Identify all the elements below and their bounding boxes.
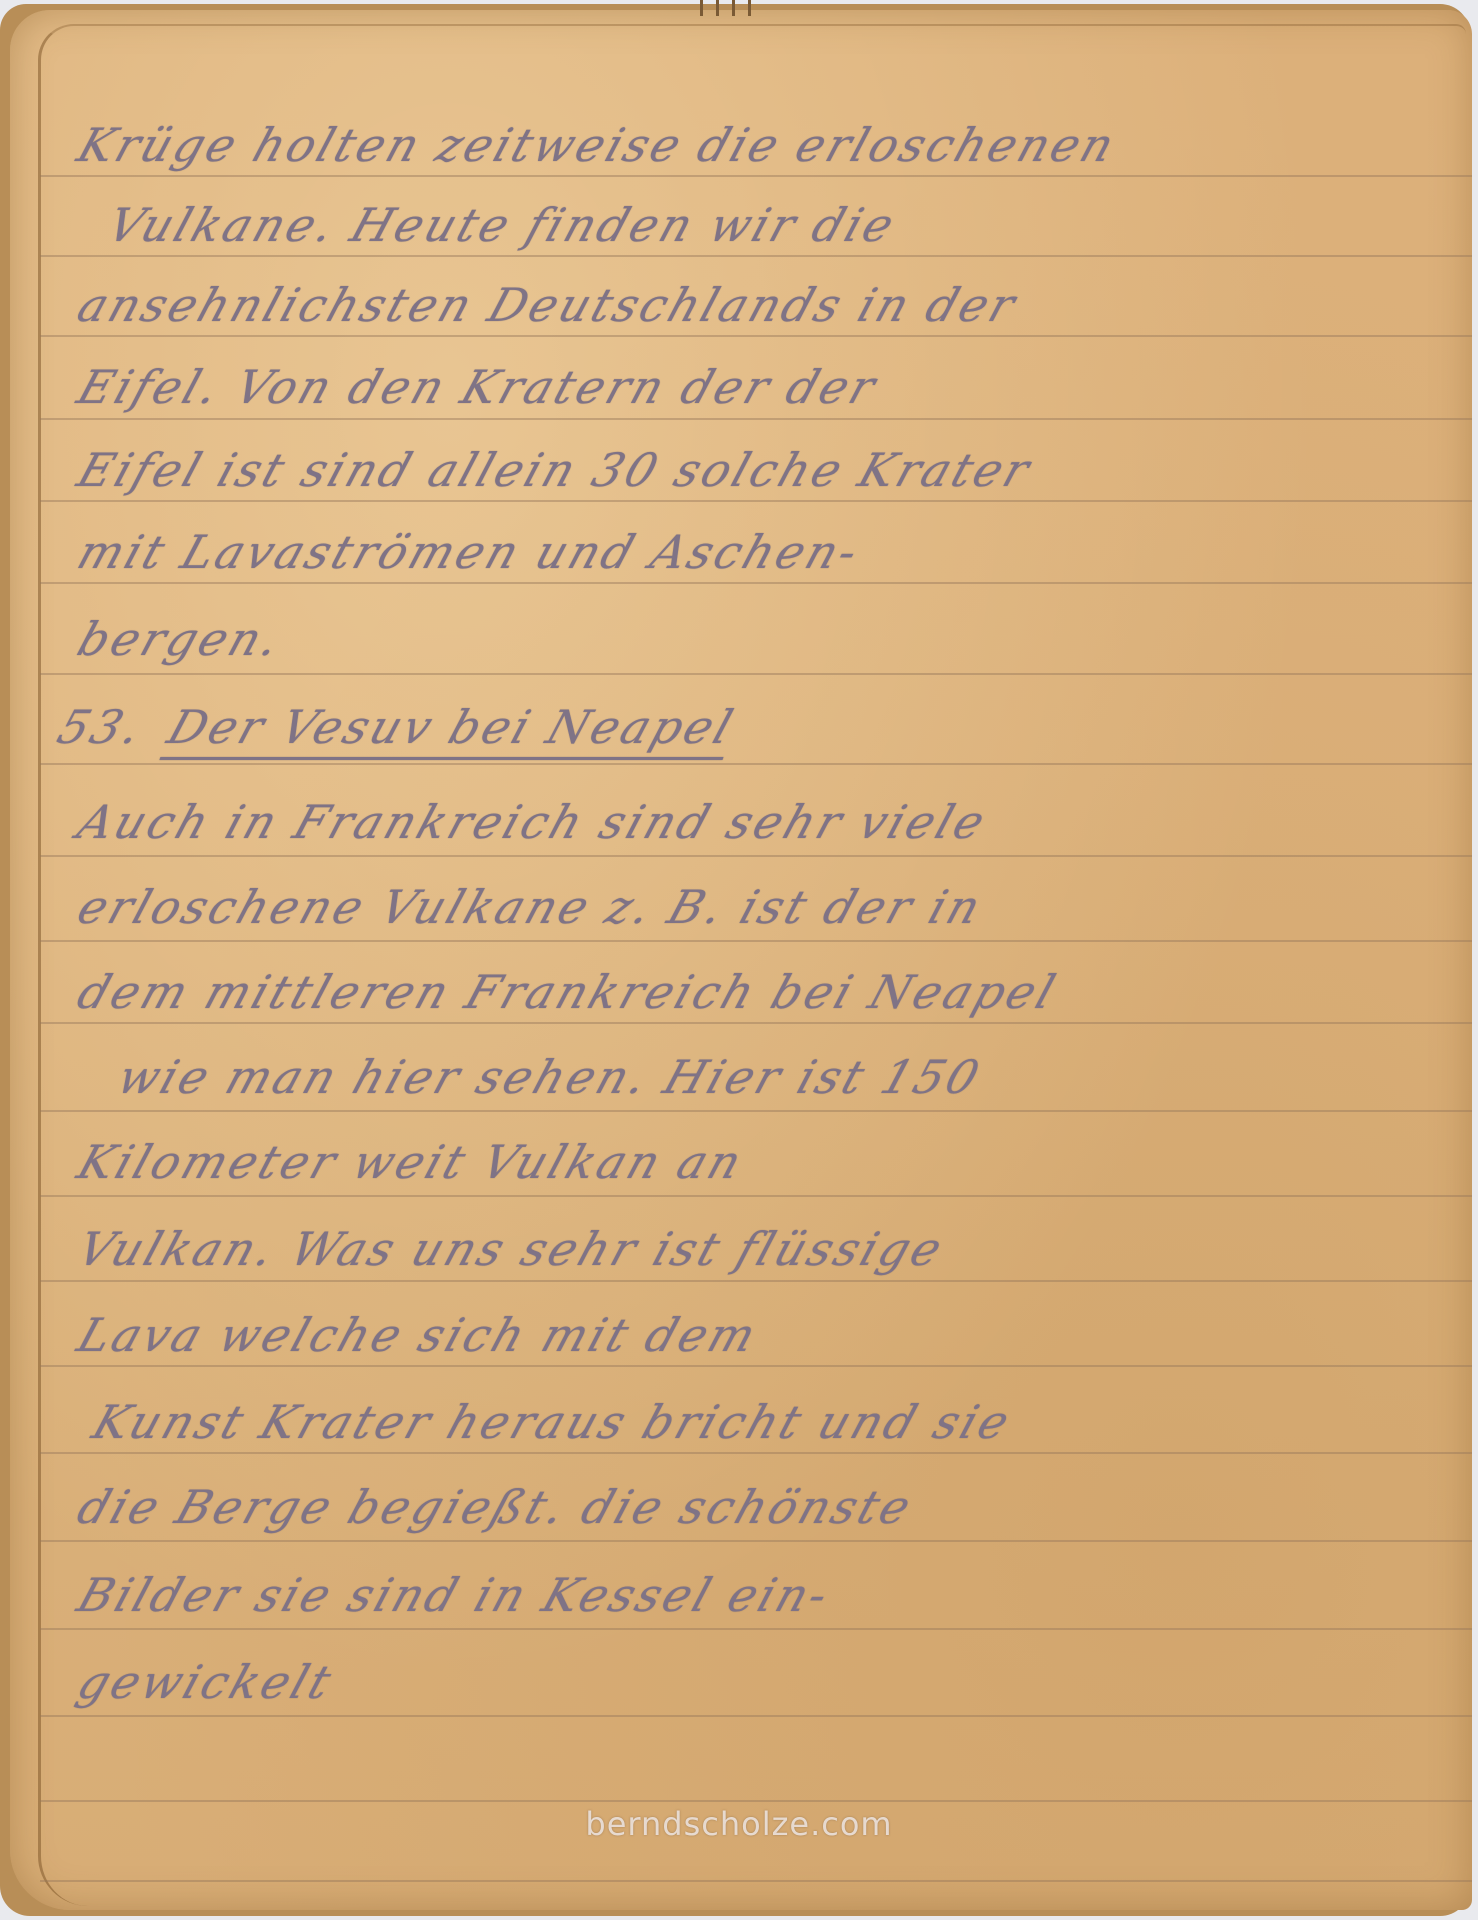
handwriting-line: die Berge begießt. die schönste	[71, 1480, 1447, 1534]
handwriting-line: mit Lavaströmen und Aschen-	[71, 525, 1447, 579]
ruled-line	[40, 1452, 1472, 1454]
ruled-line	[40, 673, 1472, 675]
section-title: Der Vesuv bei Neapel	[161, 700, 742, 754]
ruled-line	[40, 1280, 1472, 1282]
handwriting-line: Eifel. Von den Kratern der der	[71, 360, 1447, 414]
ruled-line	[40, 1628, 1472, 1630]
handwriting-line: Kunst Krater heraus bricht und sie	[86, 1395, 1447, 1449]
handwriting-line: Vulkane. Heute finden wir die	[101, 198, 1447, 252]
handwriting-line: Lava welche sich mit dem	[71, 1308, 1447, 1362]
ruled-line	[40, 763, 1472, 765]
ruled-line	[40, 1365, 1472, 1367]
ruled-line	[40, 500, 1472, 502]
ruled-line	[40, 175, 1472, 177]
ruled-line	[40, 1540, 1472, 1542]
ruled-line	[40, 418, 1472, 420]
handwriting-line: wie man hier sehen. Hier ist 150	[111, 1050, 1447, 1104]
handwriting-line: gewickelt	[71, 1655, 1447, 1709]
ruled-line	[40, 1800, 1472, 1802]
ruled-line	[40, 1715, 1472, 1717]
binding-stitch	[732, 0, 735, 16]
ruled-line	[40, 1110, 1472, 1112]
handwriting-line: Auch in Frankreich sind sehr viele	[71, 795, 1447, 849]
ruled-line	[40, 1195, 1472, 1197]
handwriting-line: erloschene Vulkane z. B. ist der in	[71, 880, 1447, 934]
binding-stitch	[716, 0, 719, 16]
handwriting-line: Krüge holten zeitweise die erloschenen	[71, 118, 1447, 172]
ruled-line	[40, 335, 1472, 337]
handwriting-line: ansehnlichsten Deutschlands in der	[71, 278, 1447, 332]
handwriting-line: Vulkan. Was uns sehr ist flüssige	[71, 1222, 1447, 1276]
ruled-line	[40, 255, 1472, 257]
section-number: 53.	[51, 700, 151, 754]
ruled-line	[40, 940, 1472, 942]
ruled-line	[40, 1022, 1472, 1024]
section-heading: 53.Der Vesuv bei Neapel	[51, 700, 1447, 754]
ruled-line	[40, 582, 1472, 584]
watermark: berndscholze.com	[0, 1805, 1478, 1843]
handwriting-line: Eifel ist sind allein 30 solche Krater	[71, 443, 1447, 497]
handwriting-line: bergen.	[71, 612, 1447, 666]
binding-stitch	[748, 0, 751, 16]
ruled-line	[40, 855, 1472, 857]
handwriting-line: dem mittleren Frankreich bei Neapel	[71, 965, 1447, 1019]
ruled-line	[40, 1880, 1472, 1882]
binding-stitch	[700, 0, 703, 16]
handwriting-line: Kilometer weit Vulkan an	[71, 1135, 1447, 1189]
handwriting-line: Bilder sie sind in Kessel ein-	[71, 1568, 1447, 1622]
